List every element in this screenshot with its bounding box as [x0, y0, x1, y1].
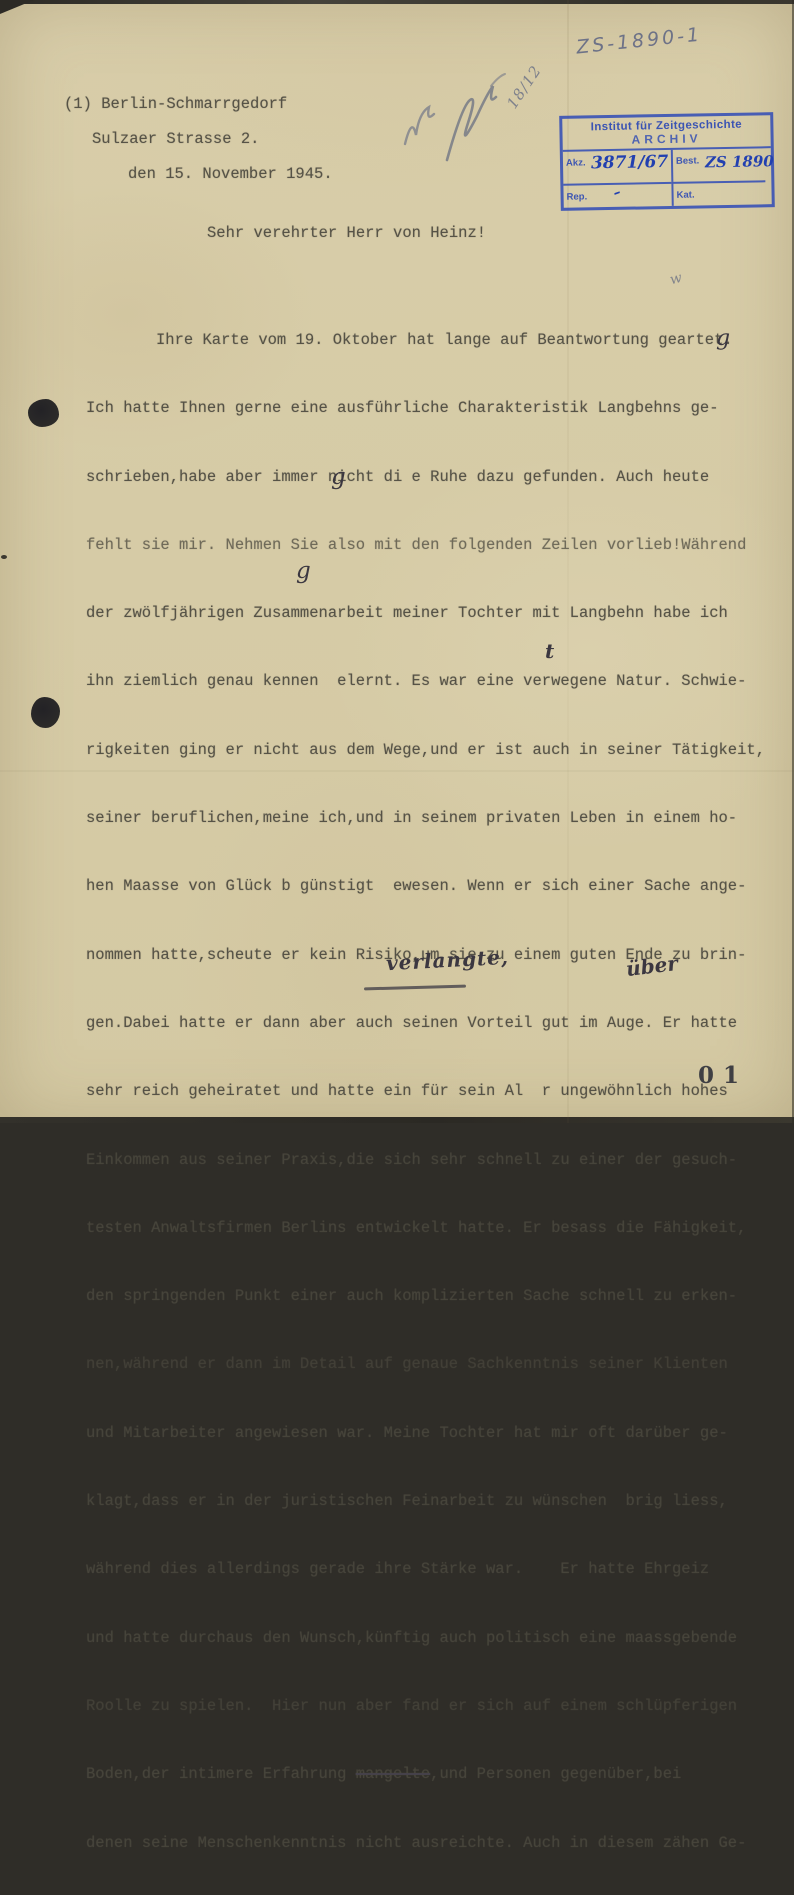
stamp-best-label: Best.	[676, 155, 699, 166]
stamp-kat-label: Kat.	[676, 190, 694, 201]
handwritten-correction-w: w	[668, 270, 683, 288]
stamp-cell-best: Best. ZS 1890	[671, 148, 766, 182]
handwritten-correction-g3: g	[296, 558, 311, 584]
paper-speck	[1, 555, 7, 559]
body-line: Ich hatte Ihnen gerne eine ausführliche …	[86, 392, 792, 424]
stamp-rep-label: Rep.	[567, 191, 588, 202]
stamp-cell-rep: Rep. –	[563, 182, 671, 208]
salutation: Sehr verehrter Herr von Heinz!	[207, 224, 486, 242]
scan-edge-top	[0, 0, 794, 4]
scan-corner-shadow	[0, 0, 34, 14]
body-line: Ihre Karte vom 19. Oktober hat lange auf…	[86, 324, 792, 356]
handwritten-correction-g2: g	[331, 464, 346, 490]
scanned-letter-page: 18/12 ZS-1890-1 Institut für Zeitgeschic…	[0, 0, 794, 1123]
stamp-akz-value: 3871/67	[591, 152, 669, 173]
handwritten-correction-t: t	[545, 639, 554, 663]
pencil-scribble	[395, 50, 545, 172]
archive-stamp: Institut für Zeitgeschichte ARCHIV Akz. …	[559, 112, 775, 211]
ink-blot-bottom	[31, 697, 60, 728]
body-line: seiner beruflichen,meine ich,und in sein…	[86, 802, 792, 834]
sender-address-line2: Sulzaer Strasse 2.	[92, 130, 259, 148]
stamp-grid: Akz. 3871/67 Best. ZS 1890 Rep. – Kat.	[563, 148, 772, 208]
stamp-akz-label: Akz.	[566, 157, 586, 168]
archive-code-handwritten: ZS-1890-1	[575, 23, 703, 58]
stamp-header: Institut für Zeitgeschichte ARCHIV	[562, 115, 771, 152]
body-line: rigkeiten ging er nicht aus dem Wege,und…	[86, 734, 792, 766]
ink-blot-top	[28, 399, 59, 427]
letter-body: Ihre Karte vom 19. Oktober hat lange auf…	[86, 288, 792, 1123]
stamp-archiv-label: ARCHIV	[567, 130, 767, 147]
body-line: fehlt sie mir. Nehmen Sie also mit den f…	[86, 529, 792, 561]
handwritten-correction-g1: g	[716, 326, 730, 351]
body-line: gen.Dabei hatte er dann aber auch seinen…	[86, 1007, 792, 1039]
sender-address-line1: (1) Berlin-Schmarrgedorf	[64, 95, 287, 113]
body-line: hen Maasse von Glück b günstigt ewesen. …	[86, 870, 792, 902]
stamp-rep-value: –	[611, 184, 623, 201]
page-number-stamp: 01	[698, 1062, 748, 1089]
letter-date: den 15. November 1945.	[128, 165, 333, 183]
body-line: sehr reich geheiratet und hatte ein für …	[86, 1075, 792, 1107]
body-line: der zwölfjährigen Zusammenarbeit meiner …	[86, 597, 792, 629]
body-line: schrieben,habe aber immer nicht di e Ruh…	[86, 461, 792, 493]
stamp-best-value: ZS 1890	[705, 152, 774, 171]
body-line: ihn ziemlich genau kennen elernt. Es war…	[86, 665, 792, 697]
stamp-cell-akz: Akz. 3871/67	[563, 150, 672, 184]
stamp-cell-kat: Kat.	[671, 180, 765, 206]
